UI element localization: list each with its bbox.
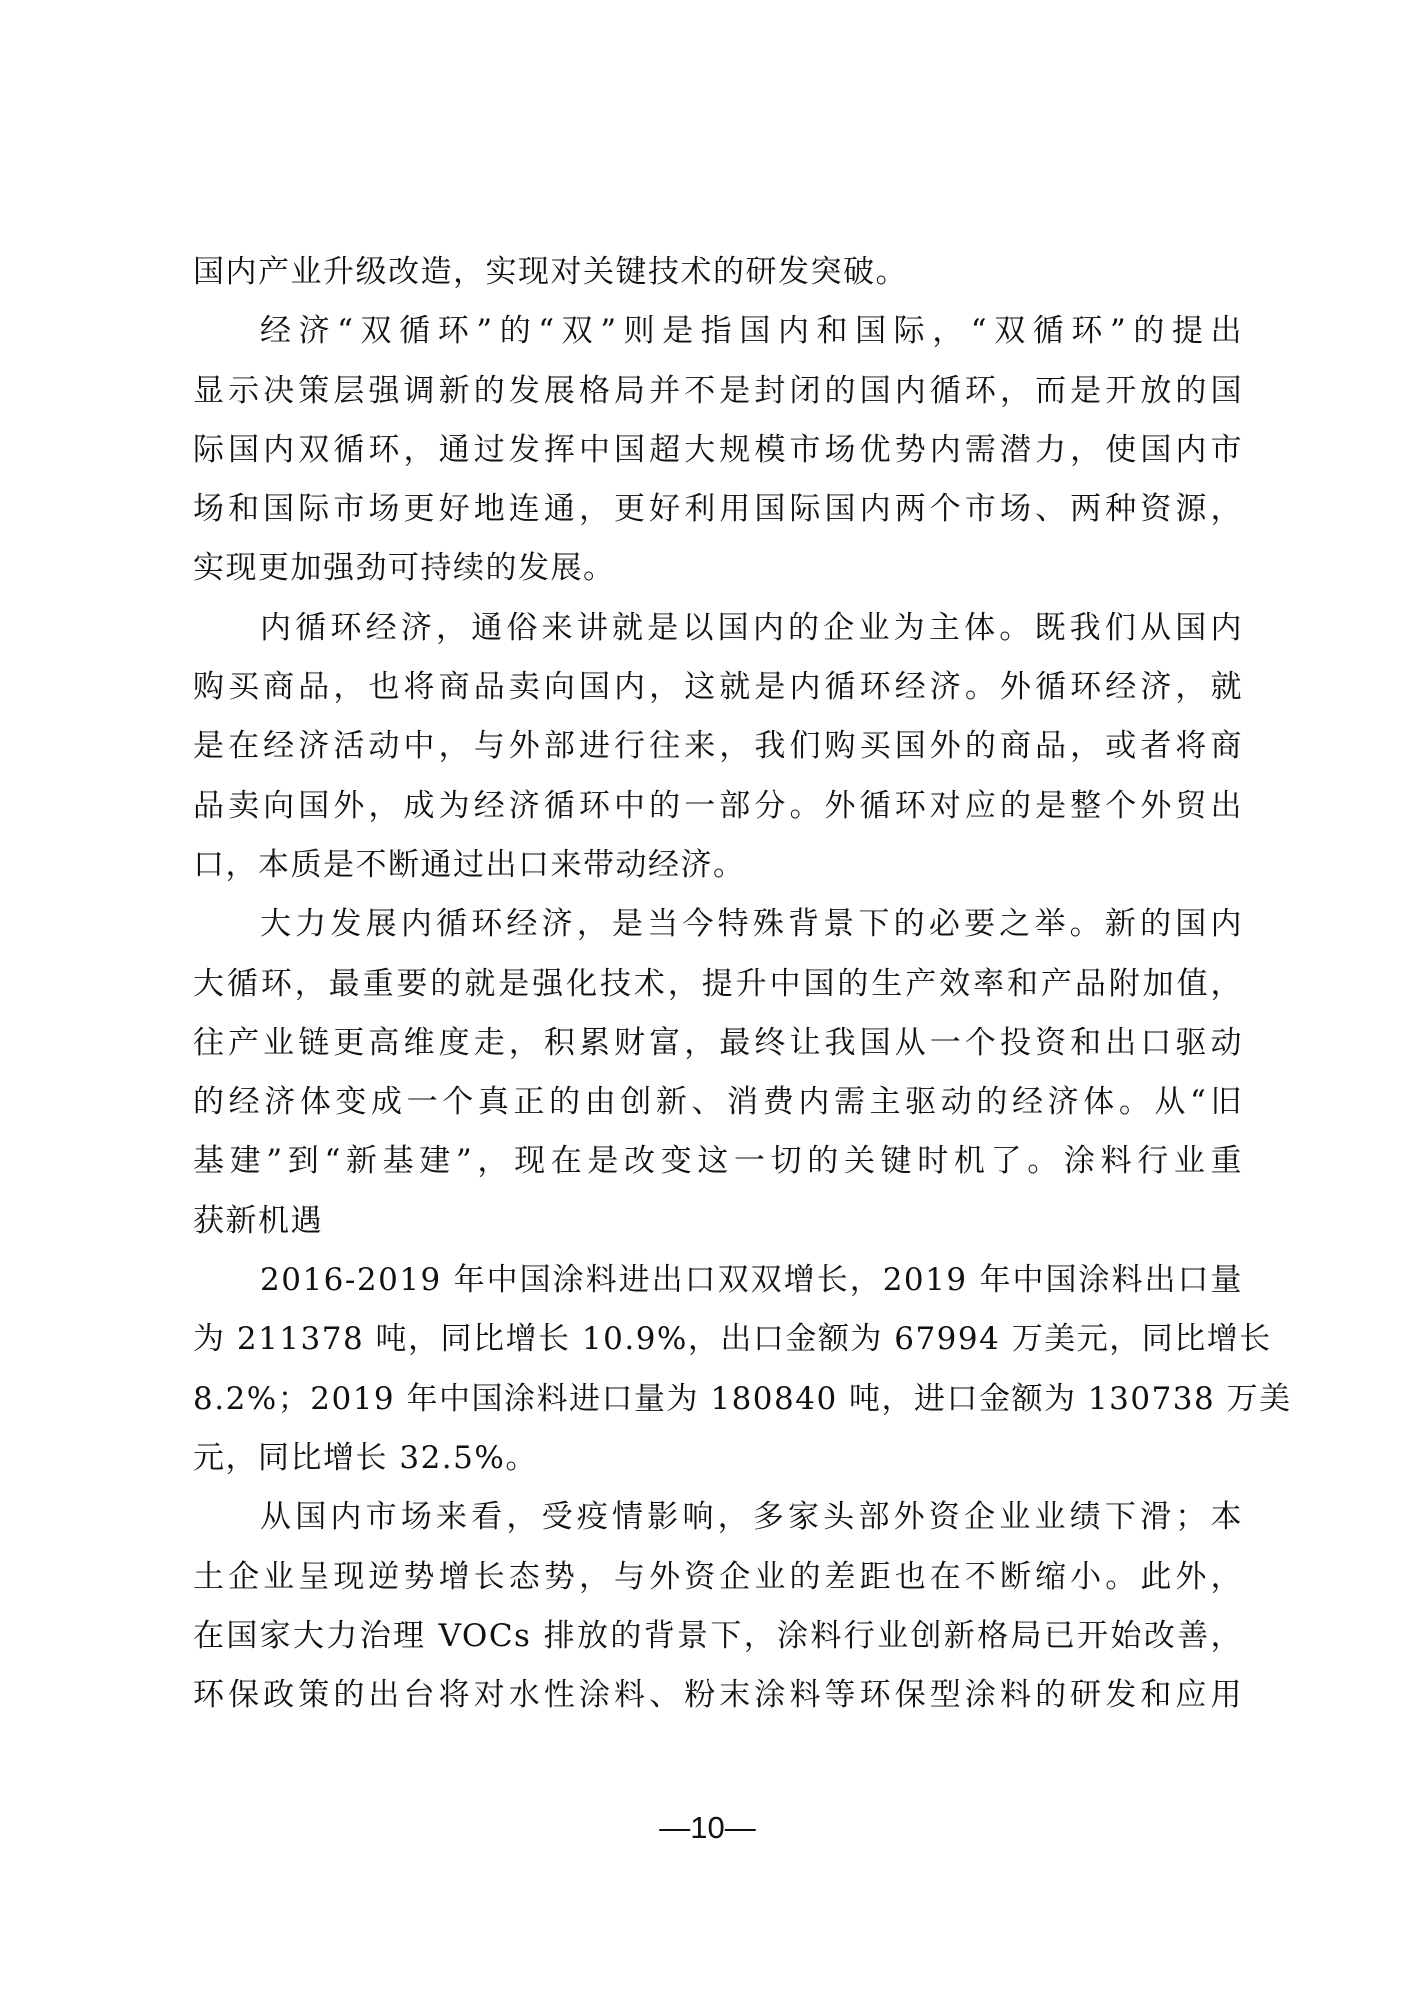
text-line: 是在经济活动中，与外部进行往来，我们购买国外的商品，或者将商 [193,724,1243,783]
page-number: —10— [0,1810,1415,1846]
text-line: 场和国际市场更好地连通，更好利用国际国内两个市场、两种资源， [193,487,1243,546]
text-line: 实现更加强劲可持续的发展。 [193,546,1243,605]
text-line: 品卖向国外，成为经济循环中的一部分。外循环对应的是整个外贸出 [193,784,1243,843]
text-line: 元，同比增长 32.5%。 [193,1436,1243,1495]
text-line: 显示决策层强调新的发展格局并不是封闭的国内循环，而是开放的国 [193,369,1243,428]
text-line: 获新机遇 [193,1199,1243,1258]
text-line: 经济“双循环”的“双”则是指国内和国际，“双循环”的提出 [193,309,1243,368]
text-line: 内循环经济，通俗来讲就是以国内的企业为主体。既我们从国内 [193,606,1243,665]
text-line: 在国家大力治理 VOCs 排放的背景下，涂料行业创新格局已开始改善， [193,1614,1243,1673]
document-body: 国内产业升级改造，实现对关键技术的研发突破。 经济“双循环”的“双”则是指国内和… [193,250,1243,1732]
text-line: 基建”到“新基建”，现在是改变这一切的关键时机了。涂料行业重 [193,1139,1243,1198]
text-line: 国内产业升级改造，实现对关键技术的研发突破。 [193,250,1243,309]
text-line: 口，本质是不断通过出口来带动经济。 [193,843,1243,902]
text-line: 2016-2019 年中国涂料进出口双双增长，2019 年中国涂料出口量 [193,1258,1243,1317]
text-line: 购买商品，也将商品卖向国内，这就是内循环经济。外循环经济，就 [193,665,1243,724]
text-line: 环保政策的出台将对水性涂料、粉末涂料等环保型涂料的研发和应用 [193,1673,1243,1732]
text-line: 从国内市场来看，受疫情影响，多家头部外资企业业绩下滑；本 [193,1495,1243,1554]
text-line: 际国内双循环，通过发挥中国超大规模市场优势内需潜力，使国内市 [193,428,1243,487]
text-line: 土企业呈现逆势增长态势，与外资企业的差距也在不断缩小。此外， [193,1555,1243,1614]
text-line: 8.2%；2019 年中国涂料进口量为 180840 吨，进口金额为 13073… [193,1377,1243,1436]
text-line: 往产业链更高维度走，积累财富，最终让我国从一个投资和出口驱动 [193,1021,1243,1080]
text-line: 为 211378 吨，同比增长 10.9%，出口金额为 67994 万美元，同比… [193,1317,1243,1376]
text-line: 大力发展内循环经济，是当今特殊背景下的必要之举。新的国内 [193,902,1243,961]
text-line: 大循环，最重要的就是强化技术，提升中国的生产效率和产品附加值， [193,962,1243,1021]
text-line: 的经济体变成一个真正的由创新、消费内需主驱动的经济体。从“旧 [193,1080,1243,1139]
